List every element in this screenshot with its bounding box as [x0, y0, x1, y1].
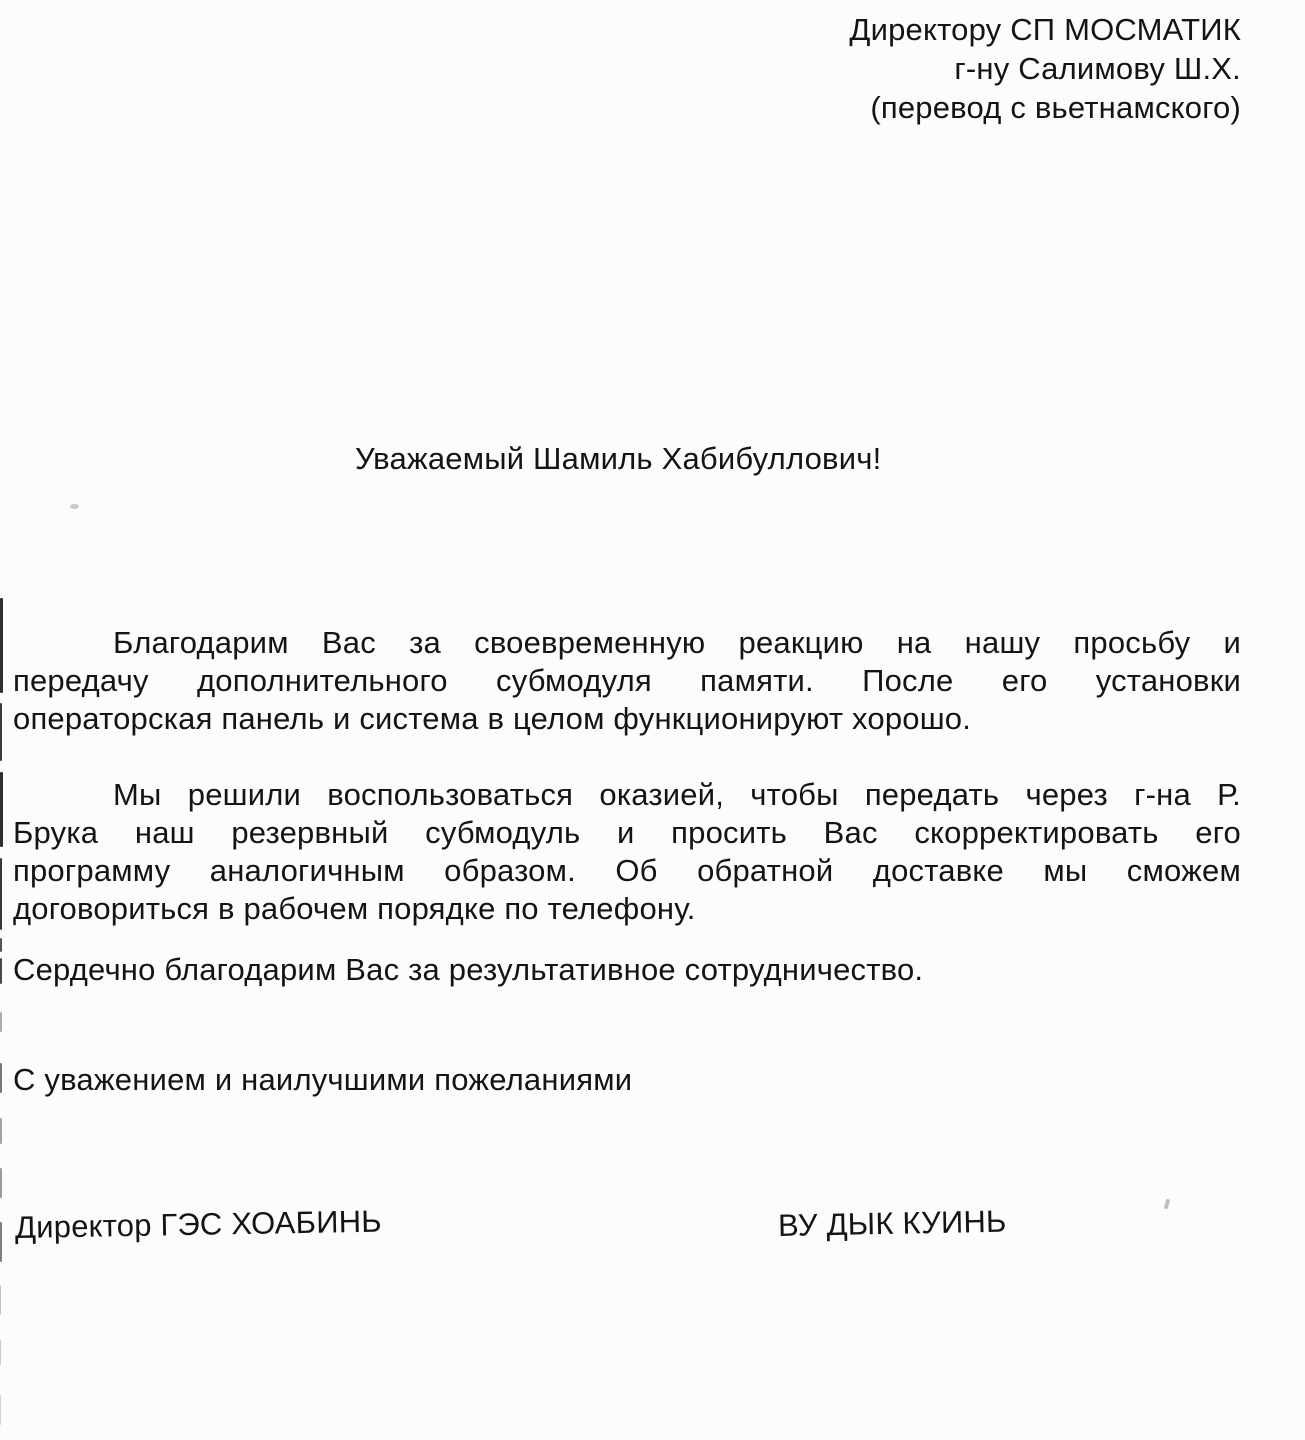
scan-edge-artifact [0, 1222, 2, 1262]
recipient-line-addressee: Директору СП МОСМАТИК [849, 10, 1241, 49]
scan-edge-artifact [0, 1118, 2, 1144]
recipient-block: Директору СП МОСМАТИК г-ну Салимову Ш.Х.… [849, 10, 1241, 127]
scan-edge-artifact [0, 772, 3, 847]
scan-edge-artifact [0, 958, 2, 984]
scan-speck [1164, 1199, 1170, 1210]
salutation: Уважаемый Шамиль Хабибуллович! [355, 441, 881, 477]
recipient-line-name: г-ну Салимову Ш.Х. [849, 49, 1241, 88]
paragraph-2-line: договориться в рабочем порядке по телефо… [13, 890, 1241, 928]
thanks-line: Сердечно благодарим Вас за результативно… [13, 952, 923, 988]
paragraph-2-line: Мы решили воспользоваться оказией, чтобы… [13, 776, 1241, 814]
paragraph-1: Благодарим Вас за своевременную реакцию … [13, 624, 1241, 738]
paragraph-1-line: операторская панель и система в целом фу… [13, 700, 1241, 738]
scan-edge-artifact [0, 1285, 1, 1315]
scan-edge-artifact [0, 938, 2, 952]
paragraph-2-line: программу аналогичным образом. Об обратн… [13, 852, 1241, 890]
signature-title: Директор ГЭС ХОАБИНЬ [15, 1204, 382, 1246]
signature-name: ВУ ДЫК КУИНЬ [778, 1204, 1007, 1244]
scanned-letter-page: Директору СП МОСМАТИК г-ну Салимову Ш.Х.… [0, 0, 1305, 1440]
paragraph-2: Мы решили воспользоваться оказией, чтобы… [13, 776, 1241, 928]
closing-line: С уважением и наилучшими пожеланиями [13, 1062, 632, 1098]
scan-edge-artifact [0, 1340, 1, 1365]
scan-edge-artifact [0, 1063, 2, 1093]
recipient-line-translation-note: (перевод с вьетнамского) [849, 88, 1241, 127]
scan-edge-artifact [0, 1395, 1, 1425]
paragraph-1-line: передачу дополнительного субмодуля памят… [13, 662, 1241, 700]
scan-edge-artifact [0, 858, 2, 930]
scan-edge-artifact [0, 598, 3, 693]
paragraph-1-line: Благодарим Вас за своевременную реакцию … [13, 624, 1241, 662]
scan-edge-artifact [0, 1168, 2, 1198]
scan-edge-artifact [0, 1012, 2, 1032]
scan-edge-artifact [0, 703, 2, 761]
paragraph-2-line: Брука наш резервный субмодуль и просить … [13, 814, 1241, 852]
scan-speck [70, 504, 79, 509]
